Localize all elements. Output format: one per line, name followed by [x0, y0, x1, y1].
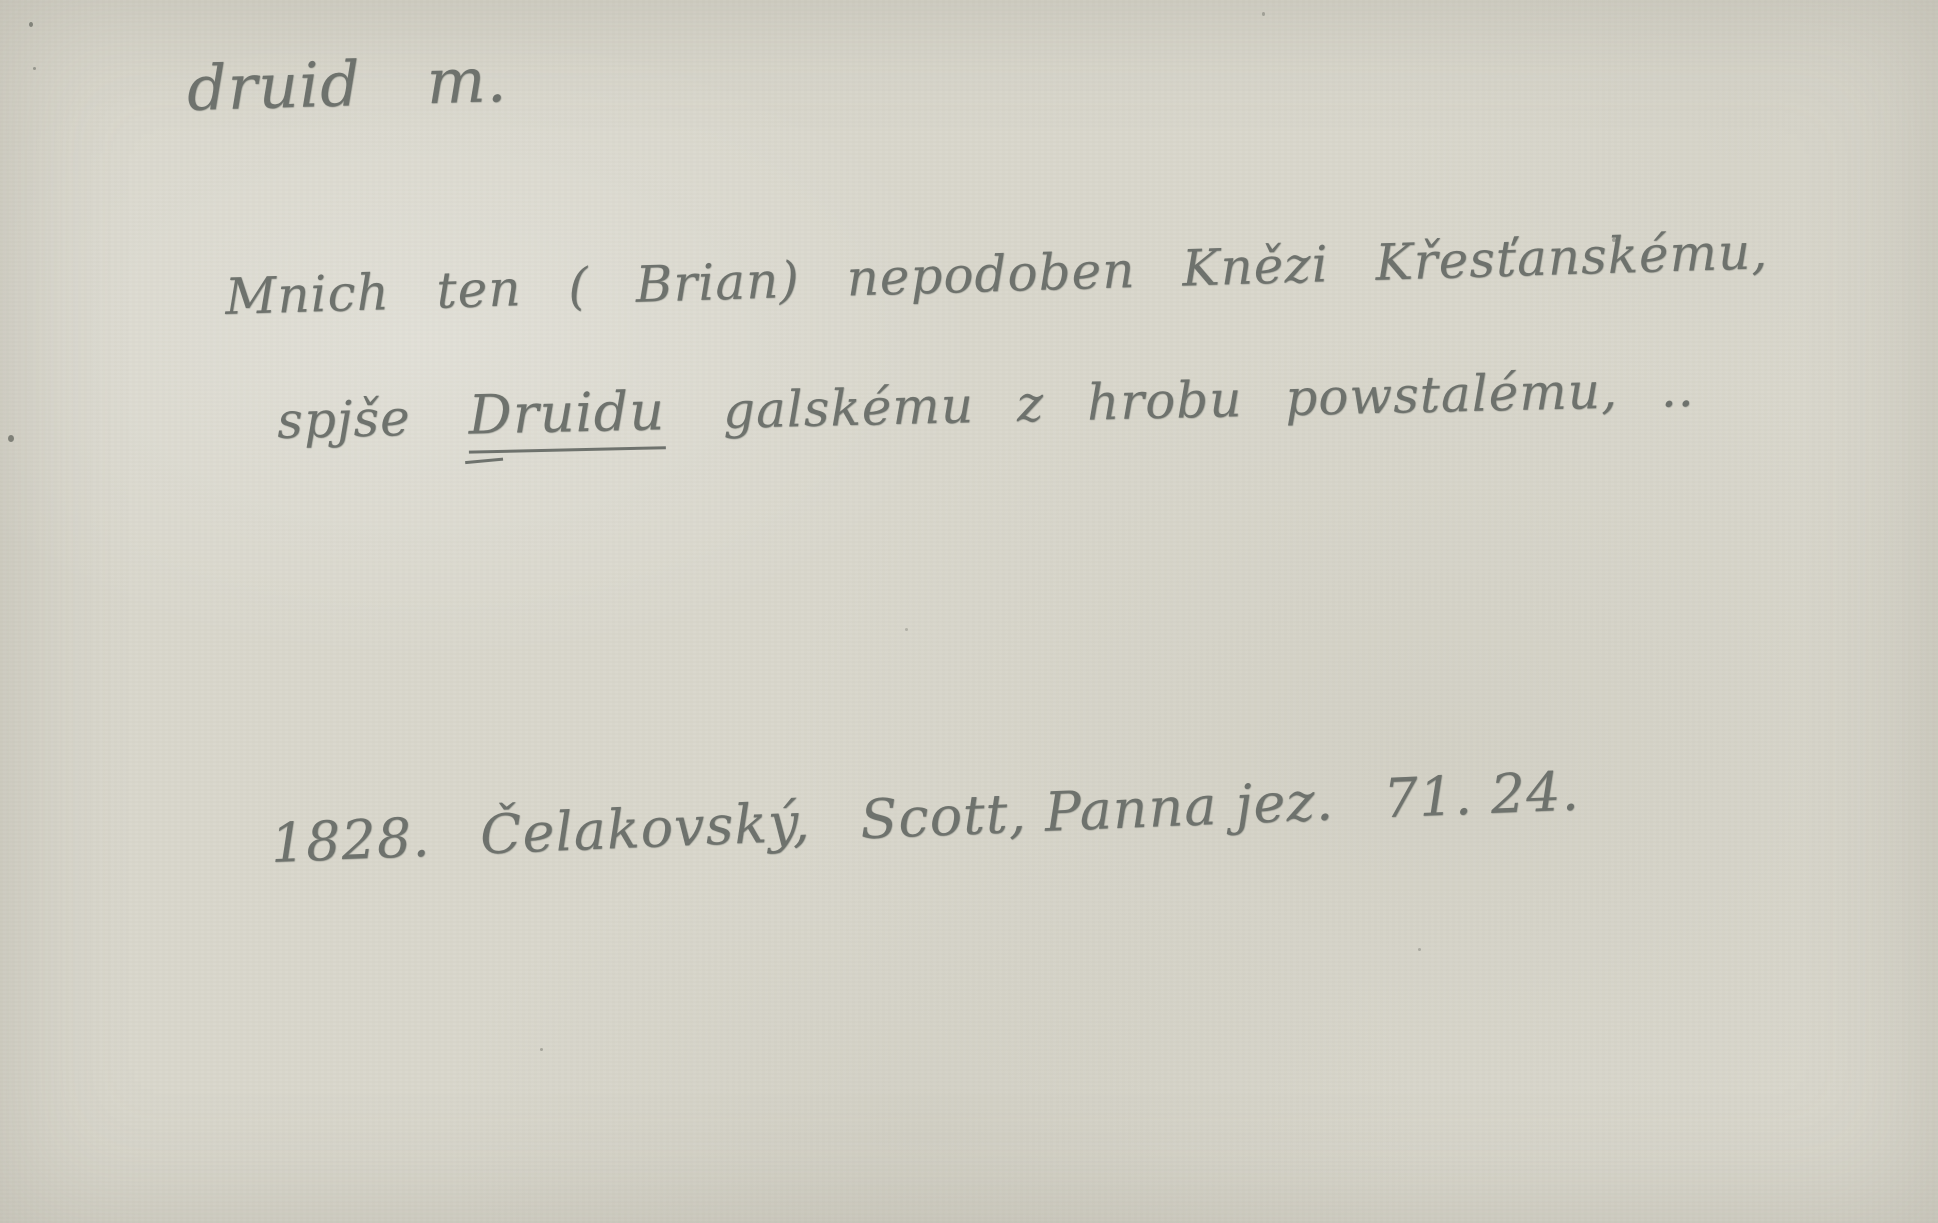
quote-line-2: spjše Druidu galskému z hrobu powstalému…	[276, 356, 1695, 458]
quote-underlined-text: Druidu	[468, 379, 666, 446]
paper-speck	[1418, 948, 1421, 951]
gender-marker: m.	[426, 43, 509, 118]
quote-line2-post: galskému z hrobu powstalému, ..	[722, 360, 1695, 440]
citation-locus: 71. 24.	[1382, 759, 1580, 830]
paper-speck	[905, 628, 908, 631]
quote-line2-pre: spjše	[277, 389, 412, 450]
paper-speck	[29, 22, 33, 27]
citation-line: 1828. Čelakovský, Scott, Panna jez. 71. …	[269, 759, 1580, 875]
citation-year: 1828.	[269, 806, 431, 875]
paper-speck	[1262, 12, 1265, 16]
paper-speck	[33, 67, 36, 70]
underline-dash	[465, 458, 503, 464]
quote-line-1: Mnich ten ( Brian) nepodoben Knězi Křesť…	[224, 222, 1769, 326]
paper-speck	[8, 435, 14, 442]
citation-work: Scott, Panna jez.	[859, 769, 1335, 851]
quote-underlined-word: Druidu	[468, 379, 666, 453]
citation-author: Čelakovský,	[479, 790, 812, 866]
paper-speck	[1612, 238, 1616, 242]
paper-speck	[540, 1048, 543, 1051]
headword-line: druid m.	[186, 43, 508, 125]
excerpt-card: druid m. Mnich ten ( Brian) nepodoben Kn…	[0, 0, 1938, 1223]
headword: druid	[186, 47, 362, 125]
